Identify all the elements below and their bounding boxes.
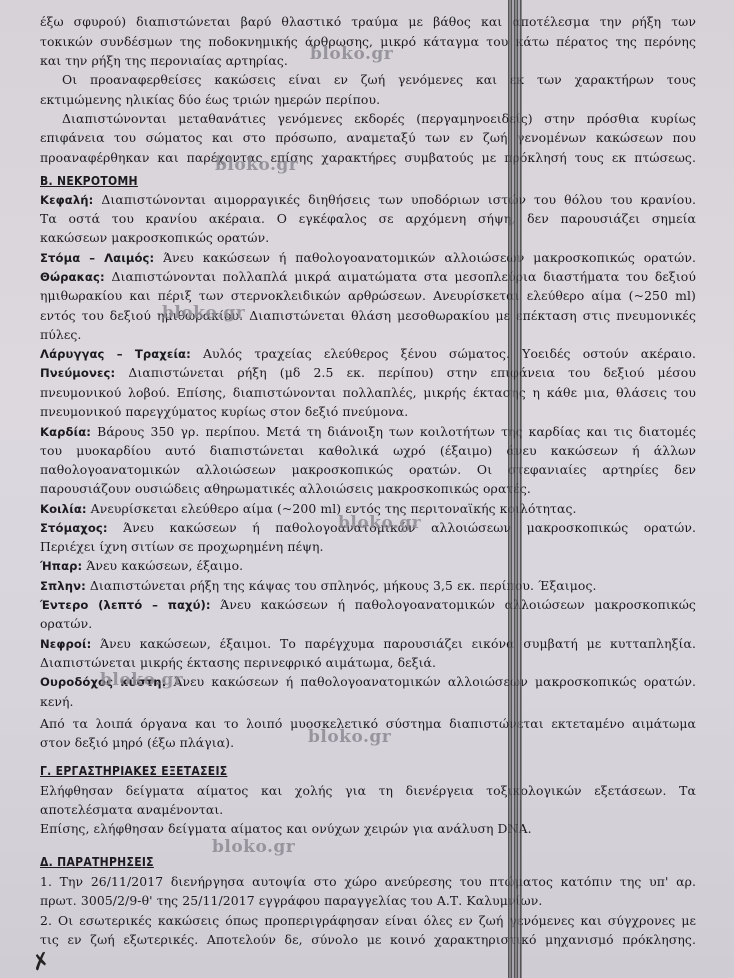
organ-label: Σπλην: — [40, 579, 86, 593]
necropsy-line: Διαπιστώνεται μικρής έκτασης περινεφρικό… — [40, 655, 696, 671]
finding-text: παθολογοανατομικών αλλοιώσεων μακροσκοπι… — [40, 462, 696, 477]
section-heading-lab-tests: Γ. ΕΡΓΑΣΤΗΡΙΑΚΕΣ ΕΞΕΤΑΣΕΙΣ — [40, 764, 227, 778]
watermark: bloko.gr — [215, 155, 298, 175]
finding-text: Άνευ κακώσεων, έξαιμο. — [86, 558, 243, 573]
organ-label: Κοιλία: — [40, 502, 87, 516]
finding-text: Βάρους 350 γρ. περίπου. Μετά τη διάνοιξη… — [97, 424, 696, 439]
finding-text: Διαπιστώνονται αιμορραγικές διηθήσεις τω… — [101, 192, 696, 207]
finding-text: παρουσιάζουν ουσιώδεις αθηρωματικές αλλο… — [40, 481, 531, 496]
necropsy-line: Λάρυγγας – Τραχεία: Αυλός τραχείας ελεύθ… — [40, 346, 696, 362]
finding-text: Αυλός τραχείας ελεύθερος ξένου σώματος. … — [203, 346, 696, 361]
organ-label: Στόμαχος: — [40, 521, 108, 535]
finding-text: Ανευρίσκεται ελεύθερο αίμα (~200 ml) εντ… — [91, 501, 577, 516]
organ-label: Έντερο (λεπτό – παχύ): — [40, 598, 211, 612]
necropsy-line: Θώρακας: Διαπιστώνονται πολλαπλά μικρά α… — [40, 269, 696, 285]
paper-fold-line — [508, 0, 522, 978]
finding-text: κακώσεων μακροσκοπικώς ορατών. — [40, 230, 269, 245]
finding-text: Διαπιστώνεται ρήξη (μδ 2.5 εκ. περίπου) … — [128, 365, 696, 380]
watermark: bloko.gr — [162, 303, 245, 323]
remarks-line: 2. Οι εσωτερικές κακώσεις όπως προπεριγρ… — [40, 913, 696, 929]
organ-label: Νεφροί: — [40, 637, 91, 651]
necropsy-line: Στόμα – Λαιμός: Άνευ κακώσεων ή παθολογο… — [40, 250, 696, 266]
necropsy-line: Κεφαλή: Διαπιστώνονται αιμορραγικές διηθ… — [40, 192, 696, 208]
finding-text: ημιθωρακίου και πέριξ των στερνοκλειδικώ… — [40, 288, 696, 303]
organ-label: Θώρακας: — [40, 270, 105, 284]
intro-line: προαναφέρθηκαν και παρέχοντας επίσης χαρ… — [40, 150, 696, 166]
lab-line: αποτελέσματα αναμένονται. — [40, 802, 696, 818]
intro-line: έξω σφυρού) διαπιστώνεται βαρύ θλαστικό … — [40, 14, 696, 30]
watermark: bloko.gr — [310, 44, 393, 64]
watermark: bloko.gr — [100, 670, 183, 690]
intro-line: επιφάνεια του σώματος και στο πρόσωπο, α… — [40, 130, 696, 146]
watermark: bloko.gr — [308, 727, 391, 747]
finding-text: πύλες. — [40, 327, 81, 342]
intro-line: εκτιμώμενης ηλικίας δύο έως τριών ημερών… — [40, 92, 696, 108]
watermark: bloko.gr — [212, 837, 295, 857]
remarks-line: πρωτ. 3005/2/9-θ' της 25/11/2017 εγγράφο… — [40, 893, 696, 909]
necropsy-line: Καρδία: Βάρους 350 γρ. περίπου. Μετά τη … — [40, 424, 696, 440]
necropsy-line: του μυοκαρδίου αυτό διαπιστώνεται καθολι… — [40, 443, 696, 459]
necropsy-line: Σπλην: Διαπιστώνεται ρήξη της κάψας του … — [40, 578, 696, 594]
necropsy-line: Έντερο (λεπτό – παχύ): Άνευ κακώσεων ή π… — [40, 597, 696, 613]
necropsy-line: κενή. — [40, 694, 696, 710]
lab-line: Επίσης, ελήφθησαν δείγματα αίματος και ο… — [40, 821, 696, 837]
necropsy-line: πύλες. — [40, 327, 696, 343]
finding-text: ορατών. — [40, 616, 92, 631]
necropsy-line: εντός του δεξιού ημιθωρακίου. Διαπιστώνε… — [40, 308, 696, 324]
organ-label: Στόμα – Λαιμός: — [40, 251, 154, 265]
signature-mark: ✗ — [29, 948, 53, 977]
organ-label: Πνεύμονες: — [40, 366, 115, 380]
finding-text: Άνευ κακώσεων ή παθολογοανατομικών αλλοι… — [220, 597, 696, 612]
necropsy-line: Τα οστά του κρανίου ακέραια. Ο εγκέφαλος… — [40, 211, 696, 227]
necropsy-line: πνευμονικού παρεγχύματος κυρίως στον δεξ… — [40, 404, 696, 420]
autopsy-report-page: έξω σφυρού) διαπιστώνεται βαρύ θλαστικό … — [0, 0, 734, 978]
necropsy-line: Πνεύμονες: Διαπιστώνεται ρήξη (μδ 2.5 εκ… — [40, 365, 696, 381]
finding-text: εντός του δεξιού ημιθωρακίου. Διαπιστώνε… — [40, 308, 696, 323]
finding-text: Περιέχει ίχνη σιτίων σε προχωρημένη πέψη… — [40, 539, 324, 554]
organ-label: Κεφαλή: — [40, 193, 93, 207]
necropsy-line: Νεφροί: Άνευ κακώσεων, έξαιμοι. Το παρέγ… — [40, 636, 696, 652]
necropsy-line: Περιέχει ίχνη σιτίων σε προχωρημένη πέψη… — [40, 539, 696, 555]
finding-text: Άνευ κακώσεων ή παθολογοανατομικών αλλοι… — [173, 674, 696, 689]
intro-line: Οι προαναφερθείσες κακώσεις είναι εν ζωή… — [62, 72, 696, 88]
finding-text: του μυοκαρδίου αυτό διαπιστώνεται καθολι… — [40, 443, 696, 458]
intro-line: Διαπιστώνονται μεταθανάτιες γενόμενες εκ… — [62, 111, 696, 127]
section-heading-remarks: Δ. ΠΑΡΑΤΗΡΗΣΕΙΣ — [40, 855, 154, 869]
remarks-line: 1. Την 26/11/2017 διενήργησα αυτοψία στο… — [40, 874, 696, 890]
finding-text: πνευμονικού λοβού. Επίσης, διαπιστώνοντα… — [40, 385, 696, 400]
watermark: bloko.gr — [338, 513, 421, 533]
finding-text: πνευμονικού παρεγχύματος κυρίως στον δεξ… — [40, 404, 408, 419]
finding-text: κενή. — [40, 694, 74, 709]
necropsy-line: πνευμονικού λοβού. Επίσης, διαπιστώνοντα… — [40, 385, 696, 401]
finding-text: Διαπιστώνονται πολλαπλά μικρά αιματώματα… — [111, 269, 696, 284]
organ-label: Λάρυγγας – Τραχεία: — [40, 347, 191, 361]
finding-text: Άνευ κακώσεων ή παθολογοανατομικών αλλοι… — [163, 250, 696, 265]
organ-label: Καρδία: — [40, 425, 91, 439]
necropsy-line: παρουσιάζουν ουσιώδεις αθηρωματικές αλλο… — [40, 481, 696, 497]
necropsy-line: κακώσεων μακροσκοπικώς ορατών. — [40, 230, 696, 246]
lab-line: Ελήφθησαν δείγματα αίματος και χολής για… — [40, 783, 696, 799]
necropsy-line: ημιθωρακίου και πέριξ των στερνοκλειδικώ… — [40, 288, 696, 304]
organ-label: Ήπαρ: — [40, 559, 82, 573]
necropsy-line: παθολογοανατομικών αλλοιώσεων μακροσκοπι… — [40, 462, 696, 478]
finding-text: Τα οστά του κρανίου ακέραια. Ο εγκέφαλος… — [40, 211, 696, 226]
necropsy-line: ορατών. — [40, 616, 696, 632]
remarks-line: τις εν ζωή εξωτερικές. Αποτελούν δε, σύν… — [40, 932, 696, 948]
finding-text: Άνευ κακώσεων, έξαιμοι. Το παρέγχυμα παρ… — [100, 636, 696, 651]
necropsy-line: Ήπαρ: Άνευ κακώσεων, έξαιμο. — [40, 558, 696, 574]
section-heading-necropsy: Β. ΝΕΚΡΟΤΟΜΗ — [40, 174, 138, 188]
finding-text: Διαπιστώνεται μικρής έκτασης περινεφρικό… — [40, 655, 436, 670]
